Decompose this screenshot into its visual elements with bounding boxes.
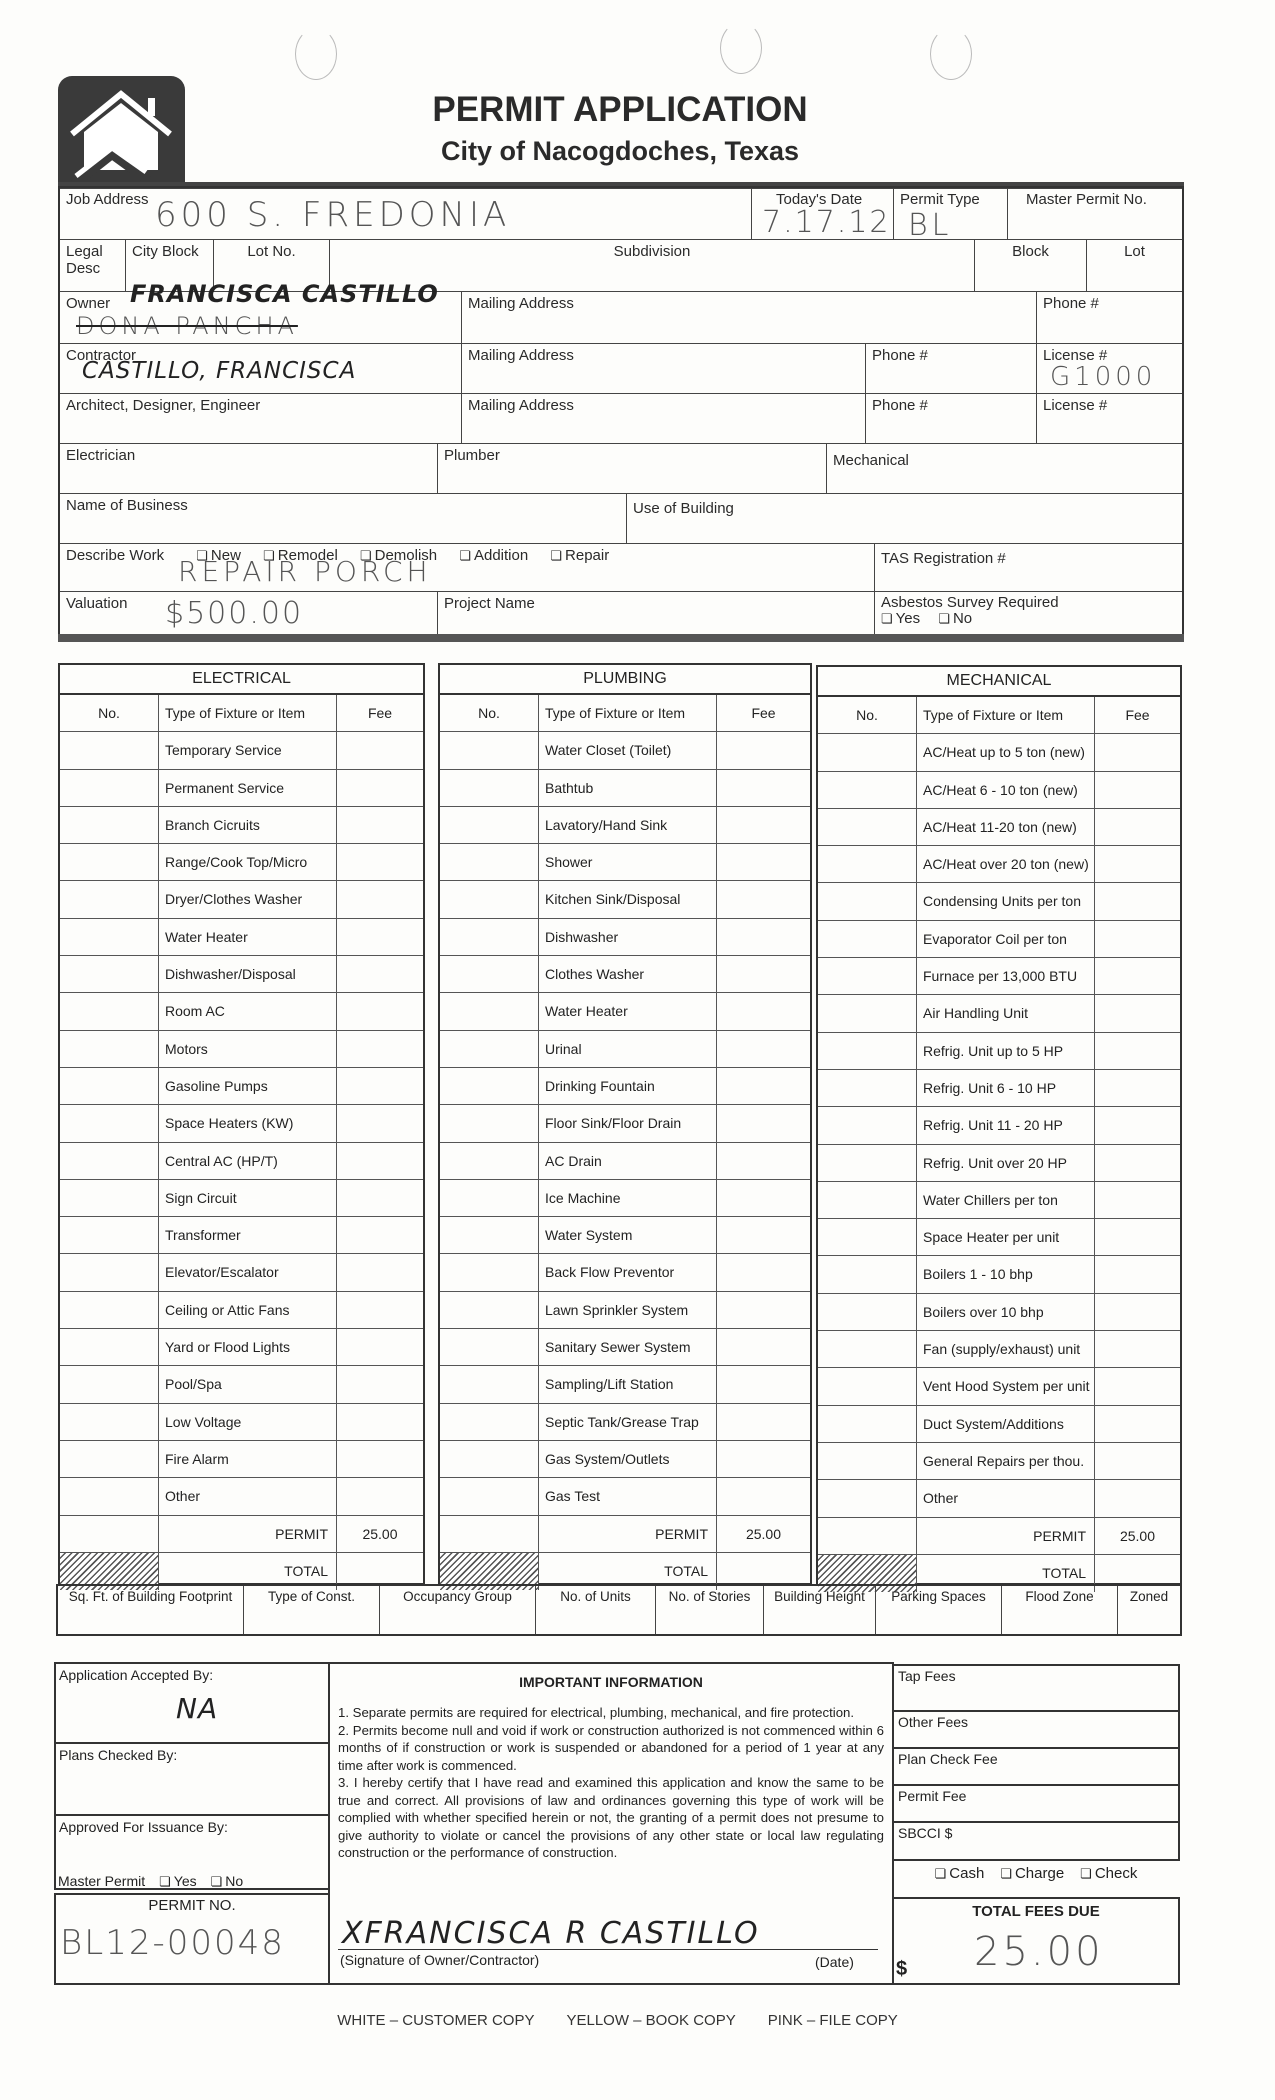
quantity-input[interactable] xyxy=(440,1441,539,1477)
fee-input[interactable] xyxy=(337,1441,423,1477)
permit-label: PERMIT xyxy=(539,1516,717,1552)
quantity-input[interactable] xyxy=(60,993,159,1029)
item-label: Gas System/Outlets xyxy=(539,1441,717,1477)
table-row: Ice Machine xyxy=(440,1180,810,1217)
architect-label: Architect, Designer, Engineer xyxy=(66,397,260,414)
table-row: Drinking Fountain xyxy=(440,1068,810,1105)
quantity-input[interactable] xyxy=(818,1182,917,1218)
table-row: Sanitary Sewer System xyxy=(440,1329,810,1366)
fee-input[interactable] xyxy=(1095,921,1180,957)
fee-input[interactable] xyxy=(337,1292,423,1328)
name-of-business-label: Name of Business xyxy=(66,497,188,514)
item-label: Shower xyxy=(539,844,717,880)
fee-input[interactable] xyxy=(717,881,810,917)
fee-input[interactable] xyxy=(717,956,810,992)
item-label: Furnace per 13,000 BTU xyxy=(917,958,1095,994)
permit-no-field: PERMIT NO. BL12-00048 xyxy=(54,1893,330,1985)
fee-input[interactable] xyxy=(1095,1219,1180,1255)
quantity-input[interactable] xyxy=(60,1329,159,1365)
job-address-value: 600 S. FREDONIA xyxy=(155,195,510,235)
item-label: Ice Machine xyxy=(539,1180,717,1216)
fee-input[interactable] xyxy=(717,1404,810,1440)
fee-field[interactable]: Tap Fees xyxy=(892,1664,1180,1712)
footer-white-copy: WHITE – CUSTOMER COPY xyxy=(337,2012,534,2029)
table-row: Furnace per 13,000 BTU xyxy=(818,958,1180,995)
item-label: Bathtub xyxy=(539,770,717,806)
fee-input[interactable] xyxy=(717,844,810,880)
table-row: Central AC (HP/T) xyxy=(60,1143,423,1180)
checkbox-repair[interactable]: Repair xyxy=(550,547,609,564)
valuation-label: Valuation xyxy=(66,595,127,612)
block-field[interactable]: Block xyxy=(975,240,1087,292)
quantity-input[interactable] xyxy=(440,1478,539,1514)
table-row: Water Closet (Toilet) xyxy=(440,732,810,769)
quantity-input[interactable] xyxy=(818,1331,917,1367)
building-info-field[interactable]: Building Height xyxy=(764,1586,876,1634)
owner-phone-field[interactable]: Phone # xyxy=(1037,292,1182,344)
table-row: Room AC xyxy=(60,993,423,1030)
plumbing-column-headers: No. Type of Fixture or Item Fee xyxy=(440,695,810,732)
table-row: Refrig. Unit 11 - 20 HP xyxy=(818,1107,1180,1144)
item-label: Elevator/Escalator xyxy=(159,1254,337,1290)
building-info-field[interactable]: Flood Zone xyxy=(1002,1586,1118,1634)
item-label: Refrig. Unit up to 5 HP xyxy=(917,1033,1095,1069)
column-type: Type of Fixture or Item xyxy=(917,697,1095,733)
quantity-input[interactable] xyxy=(440,956,539,992)
table-row: Fan (supply/exhaust) unit xyxy=(818,1331,1180,1368)
payment-check-checkbox[interactable]: Check xyxy=(1080,1865,1137,1882)
electrical-column-headers: No. Type of Fixture or Item Fee xyxy=(60,695,423,732)
quantity-input[interactable] xyxy=(818,1219,917,1255)
master-permit-label: Master Permit xyxy=(58,1873,145,1889)
fee-input[interactable] xyxy=(337,844,423,880)
quantity-input[interactable] xyxy=(440,919,539,955)
quantity-input[interactable] xyxy=(440,1143,539,1179)
table-row: Urinal xyxy=(440,1031,810,1068)
fee-input[interactable] xyxy=(717,732,810,768)
quantity-input[interactable] xyxy=(60,919,159,955)
fee-field[interactable]: Other Fees xyxy=(892,1712,1180,1749)
signature-line xyxy=(338,1949,878,1950)
fee-input[interactable] xyxy=(1095,1443,1180,1479)
fee-input[interactable] xyxy=(717,1105,810,1141)
plans-checked-by-field[interactable]: Plans Checked By: xyxy=(54,1742,330,1816)
quantity-input[interactable] xyxy=(818,921,917,957)
accepted-by-field[interactable]: Application Accepted By: NA xyxy=(54,1662,330,1744)
architect-mailing-field[interactable]: Mailing Address xyxy=(462,394,866,444)
fee-input[interactable] xyxy=(337,881,423,917)
quantity-input[interactable] xyxy=(440,1366,539,1402)
fee-input[interactable] xyxy=(717,1329,810,1365)
lot-field[interactable]: Lot xyxy=(1087,240,1182,292)
fee-field[interactable]: Permit Fee xyxy=(892,1786,1180,1823)
table-row: Boilers 1 - 10 bhp xyxy=(818,1256,1180,1293)
accepted-by-label: Application Accepted By: xyxy=(56,1664,328,1686)
item-label: Floor Sink/Floor Drain xyxy=(539,1105,717,1141)
item-label: General Repairs per thou. xyxy=(917,1443,1095,1479)
building-info-field[interactable]: Type of Const. xyxy=(244,1586,380,1634)
building-info-field[interactable]: No. of Units xyxy=(536,1586,656,1634)
plans-checked-by-label: Plans Checked By: xyxy=(56,1744,328,1766)
fee-input[interactable] xyxy=(337,1404,423,1440)
quantity-input[interactable] xyxy=(60,956,159,992)
item-label: Refrig. Unit 11 - 20 HP xyxy=(917,1107,1095,1143)
column-fee: Fee xyxy=(337,695,423,731)
fee-input[interactable] xyxy=(1095,734,1180,770)
fee-input[interactable] xyxy=(717,807,810,843)
column-no: No. xyxy=(440,695,539,731)
asbestos-no-checkbox[interactable]: No xyxy=(938,610,972,627)
table-row: Yard or Flood Lights xyxy=(60,1329,423,1366)
fee-input[interactable] xyxy=(337,1217,423,1253)
item-label: Water Chillers per ton xyxy=(917,1182,1095,1218)
fee-input[interactable] xyxy=(337,1180,423,1216)
quantity-input[interactable] xyxy=(818,1443,917,1479)
table-row: AC/Heat over 20 ton (new) xyxy=(818,846,1180,883)
fee-input[interactable] xyxy=(1095,1406,1180,1442)
quantity-input[interactable] xyxy=(440,770,539,806)
item-label: Gasoline Pumps xyxy=(159,1068,337,1104)
master-permit-yes-checkbox[interactable]: Yes xyxy=(159,1873,197,1890)
table-row: Sampling/Lift Station xyxy=(440,1366,810,1403)
fee-input[interactable] xyxy=(337,1478,423,1514)
fee-field[interactable]: Plan Check Fee xyxy=(892,1749,1180,1786)
fee-input[interactable] xyxy=(717,1254,810,1290)
fee-input[interactable] xyxy=(337,807,423,843)
architect-license-field[interactable]: License # xyxy=(1037,394,1182,444)
quantity-input[interactable] xyxy=(60,1404,159,1440)
quantity-input[interactable] xyxy=(440,993,539,1029)
owner-mailing-field[interactable]: Mailing Address xyxy=(462,292,1037,344)
accepted-by-initials: NA xyxy=(176,1692,218,1725)
quantity-input[interactable] xyxy=(60,881,159,917)
contractor-phone-field[interactable]: Phone # xyxy=(866,344,1037,394)
owner-label: Owner xyxy=(66,295,110,312)
building-info-field[interactable]: Sq. Ft. of Building Footprint xyxy=(58,1586,244,1634)
permit-no-value: BL12-00048 xyxy=(60,1923,285,1963)
table-row: Space Heaters (KW) xyxy=(60,1105,423,1142)
quantity-input[interactable] xyxy=(818,1368,917,1404)
table-row: Elevator/Escalator xyxy=(60,1254,423,1291)
quantity-input[interactable] xyxy=(440,1105,539,1141)
project-name-field[interactable]: Project Name xyxy=(438,592,875,636)
quantity-input[interactable] xyxy=(440,1329,539,1365)
fee-input[interactable] xyxy=(337,1031,423,1067)
item-label: Air Handling Unit xyxy=(917,995,1095,1031)
fee-input[interactable] xyxy=(1095,846,1180,882)
quantity-input[interactable] xyxy=(440,1254,539,1290)
quantity-input[interactable] xyxy=(818,958,917,994)
payment-cash-checkbox[interactable]: Cash xyxy=(935,1865,985,1882)
quantity-input[interactable] xyxy=(440,807,539,843)
quantity-input[interactable] xyxy=(60,1143,159,1179)
table-row: Boilers over 10 bhp xyxy=(818,1294,1180,1331)
fee-input[interactable] xyxy=(717,1441,810,1477)
contractor-mailing-field[interactable]: Mailing Address xyxy=(462,344,866,394)
asbestos-yes-checkbox[interactable]: Yes xyxy=(881,610,920,627)
quantity-input[interactable] xyxy=(818,995,917,1031)
table-row: Clothes Washer xyxy=(440,956,810,993)
quantity-input[interactable] xyxy=(60,770,159,806)
quantity-input[interactable] xyxy=(440,1180,539,1216)
permit-type-value: BL xyxy=(908,208,952,243)
quantity-input[interactable] xyxy=(60,1292,159,1328)
quantity-input[interactable] xyxy=(60,1031,159,1067)
item-label: Refrig. Unit 6 - 10 HP xyxy=(917,1070,1095,1106)
use-of-building-field[interactable]: Use of Building xyxy=(627,494,1182,544)
table-row: Bathtub xyxy=(440,770,810,807)
quantity-input[interactable] xyxy=(440,732,539,768)
architect-license-label: License # xyxy=(1043,397,1107,414)
fee-input[interactable] xyxy=(1095,1256,1180,1292)
quantity-input[interactable] xyxy=(60,1068,159,1104)
quantity-input[interactable] xyxy=(818,1256,917,1292)
tas-registration-label: TAS Registration # xyxy=(881,550,1006,567)
total-fees-label: TOTAL FEES DUE xyxy=(894,1899,1178,1920)
fee-input[interactable] xyxy=(717,1068,810,1104)
table-row: Other xyxy=(818,1480,1180,1517)
empty-cell xyxy=(60,1516,159,1552)
permit-fee-value: 25.00 xyxy=(1095,1518,1180,1554)
table-row: Sign Circuit xyxy=(60,1180,423,1217)
item-label: Water System xyxy=(539,1217,717,1253)
item-label: Low Voltage xyxy=(159,1404,337,1440)
table-row: Dishwasher/Disposal xyxy=(60,956,423,993)
table-row: Dishwasher xyxy=(440,919,810,956)
fee-field[interactable]: SBCCI $ xyxy=(892,1823,1180,1861)
table-row: Septic Tank/Grease Trap xyxy=(440,1404,810,1441)
item-label: Drinking Fountain xyxy=(539,1068,717,1104)
page-subtitle: City of Nacogdoches, Texas xyxy=(300,136,940,167)
item-label: Central AC (HP/T) xyxy=(159,1143,337,1179)
item-label: Sampling/Lift Station xyxy=(539,1366,717,1402)
quantity-input[interactable] xyxy=(60,1217,159,1253)
table-row: Back Flow Preventor xyxy=(440,1254,810,1291)
fee-input[interactable] xyxy=(1095,1331,1180,1367)
todays-date-value: 7.17.12 xyxy=(762,205,891,240)
quantity-input[interactable] xyxy=(818,883,917,919)
item-label: Clothes Washer xyxy=(539,956,717,992)
item-label: Sanitary Sewer System xyxy=(539,1329,717,1365)
quantity-input[interactable] xyxy=(440,1217,539,1253)
copy-distribution-footer: WHITE – CUSTOMER COPY YELLOW – BOOK COPY… xyxy=(0,2012,1275,2029)
payment-options: Cash Charge Check xyxy=(892,1865,1180,1882)
table-row: Other xyxy=(60,1478,423,1515)
permit-label: PERMIT xyxy=(917,1518,1095,1554)
important-information: IMPORTANT INFORMATION 1. Separate permit… xyxy=(328,1662,894,1985)
fee-input[interactable] xyxy=(1095,1294,1180,1330)
footer-yellow-copy: YELLOW – BOOK COPY xyxy=(566,2012,735,2029)
name-of-business-field[interactable]: Name of Business xyxy=(60,494,627,544)
fee-input[interactable] xyxy=(337,1143,423,1179)
fee-input[interactable] xyxy=(1095,1182,1180,1218)
fee-input[interactable] xyxy=(337,770,423,806)
item-label: Space Heater per unit xyxy=(917,1219,1095,1255)
quantity-input[interactable] xyxy=(60,732,159,768)
item-label: Pool/Spa xyxy=(159,1366,337,1402)
quantity-input[interactable] xyxy=(60,1180,159,1216)
quantity-input[interactable] xyxy=(60,1441,159,1477)
quantity-input[interactable] xyxy=(818,772,917,808)
divider xyxy=(58,634,1184,642)
footer-pink-copy: PINK – FILE COPY xyxy=(768,2012,898,2029)
table-row: Range/Cook Top/Micro xyxy=(60,844,423,881)
permit-label: PERMIT xyxy=(159,1516,337,1552)
item-label: AC Drain xyxy=(539,1143,717,1179)
item-label: AC/Heat up to 5 ton (new) xyxy=(917,734,1095,770)
fee-input[interactable] xyxy=(717,1217,810,1253)
item-label: Sign Circuit xyxy=(159,1180,337,1216)
currency-symbol: $ xyxy=(896,1958,907,1981)
quantity-input[interactable] xyxy=(60,1105,159,1141)
permit-no-label: PERMIT NO. xyxy=(56,1895,328,1914)
architect-field[interactable]: Architect, Designer, Engineer xyxy=(60,394,462,444)
fee-input[interactable] xyxy=(337,1105,423,1141)
fee-input[interactable] xyxy=(1095,1480,1180,1516)
table-row: Pool/Spa xyxy=(60,1366,423,1403)
fee-input[interactable] xyxy=(337,919,423,955)
tas-registration-field[interactable]: TAS Registration # xyxy=(875,544,1182,592)
plumber-label: Plumber xyxy=(444,447,500,464)
quantity-input[interactable] xyxy=(440,1031,539,1067)
quantity-input[interactable] xyxy=(60,1366,159,1402)
checkbox-addition[interactable]: Addition xyxy=(459,547,528,564)
item-label: Dryer/Clothes Washer xyxy=(159,881,337,917)
item-label: Dishwasher/Disposal xyxy=(159,956,337,992)
item-label: Urinal xyxy=(539,1031,717,1067)
quantity-input[interactable] xyxy=(60,844,159,880)
building-info-field[interactable]: No. of Stories xyxy=(656,1586,764,1634)
owner-struck-value: DONA PANCHA xyxy=(76,312,298,340)
asbestos-field: Asbestos Survey Required Yes No xyxy=(875,592,1182,636)
fee-input[interactable] xyxy=(337,1329,423,1365)
item-label: Kitchen Sink/Disposal xyxy=(539,881,717,917)
building-info-field[interactable]: Parking Spaces xyxy=(876,1586,1002,1634)
important-item: 2. Permits become null and void if work … xyxy=(338,1722,884,1775)
date-label: (Date) xyxy=(815,1954,854,1970)
fee-input[interactable] xyxy=(1095,995,1180,1031)
legal-desc-label-cell: Legal Desc xyxy=(60,240,126,292)
electrician-field[interactable]: Electrician xyxy=(60,444,438,494)
fee-input[interactable] xyxy=(337,956,423,992)
item-label: Condensing Units per ton xyxy=(917,883,1095,919)
empty-cell xyxy=(440,1516,539,1552)
page-title: PERMIT APPLICATION xyxy=(300,90,940,130)
table-row: Transformer xyxy=(60,1217,423,1254)
quantity-input[interactable] xyxy=(440,1404,539,1440)
quantity-input[interactable] xyxy=(818,1406,917,1442)
fee-input[interactable] xyxy=(337,732,423,768)
fee-input[interactable] xyxy=(717,1031,810,1067)
quantity-input[interactable] xyxy=(818,734,917,770)
fee-input[interactable] xyxy=(1095,809,1180,845)
contractor-phone-label: Phone # xyxy=(872,347,928,364)
mechanical-column-headers: No. Type of Fixture or Item Fee xyxy=(818,697,1180,734)
quantity-input[interactable] xyxy=(60,1478,159,1514)
fee-input[interactable] xyxy=(1095,1107,1180,1143)
fee-input[interactable] xyxy=(337,1068,423,1104)
contractor-value: CASTILLO, FRANCISCA xyxy=(82,358,356,384)
quantity-input[interactable] xyxy=(818,1107,917,1143)
plumber-field[interactable]: Plumber xyxy=(438,444,827,494)
fee-input[interactable] xyxy=(1095,1070,1180,1106)
fee-input[interactable] xyxy=(717,1292,810,1328)
quantity-input[interactable] xyxy=(60,1254,159,1290)
architect-phone-field[interactable]: Phone # xyxy=(866,394,1037,444)
table-row: Fire Alarm xyxy=(60,1441,423,1478)
table-row: Vent Hood System per unit xyxy=(818,1368,1180,1405)
fee-input[interactable] xyxy=(717,1180,810,1216)
fee-input[interactable] xyxy=(717,1478,810,1514)
quantity-input[interactable] xyxy=(818,1480,917,1516)
item-label: Boilers over 10 bhp xyxy=(917,1294,1095,1330)
quantity-input[interactable] xyxy=(818,1033,917,1069)
fee-input[interactable] xyxy=(337,1366,423,1402)
quantity-input[interactable] xyxy=(818,1070,917,1106)
building-info-field[interactable]: Zoned xyxy=(1118,1586,1180,1634)
item-label: Room AC xyxy=(159,993,337,1029)
quantity-input[interactable] xyxy=(818,809,917,845)
permit-fee-value: 25.00 xyxy=(717,1516,810,1552)
table-row: Lawn Sprinkler System xyxy=(440,1292,810,1329)
table-row: AC/Heat 11-20 ton (new) xyxy=(818,809,1180,846)
fee-input[interactable] xyxy=(337,1254,423,1290)
fee-input[interactable] xyxy=(717,993,810,1029)
total-fees-value: 25.00 xyxy=(974,1929,1104,1975)
punch-hole xyxy=(295,28,337,80)
fee-input[interactable] xyxy=(1095,883,1180,919)
signature-label: (Signature of Owner/Contractor) xyxy=(340,1952,539,1968)
fee-input[interactable] xyxy=(1095,1145,1180,1181)
item-label: Transformer xyxy=(159,1217,337,1253)
electrician-label: Electrician xyxy=(66,447,135,464)
quantity-input[interactable] xyxy=(440,1068,539,1104)
approved-by-label: Approved For Issuance By: xyxy=(56,1816,328,1838)
table-row: Air Handling Unit xyxy=(818,995,1180,1032)
building-info-field[interactable]: Occupancy Group xyxy=(380,1586,536,1634)
item-label: Range/Cook Top/Micro xyxy=(159,844,337,880)
master-permit-no-checkbox[interactable]: No xyxy=(211,1873,244,1890)
quantity-input[interactable] xyxy=(818,1145,917,1181)
fee-input[interactable] xyxy=(337,993,423,1029)
table-row: Branch Cicruits xyxy=(60,807,423,844)
quantity-input[interactable] xyxy=(60,807,159,843)
quantity-input[interactable] xyxy=(818,846,917,882)
fee-input[interactable] xyxy=(717,919,810,955)
house-logo xyxy=(58,76,185,188)
quantity-input[interactable] xyxy=(818,1294,917,1330)
mechanical-table: MECHANICAL No. Type of Fixture or Item F… xyxy=(816,665,1182,1585)
fee-input[interactable] xyxy=(1095,958,1180,994)
payment-charge-checkbox[interactable]: Charge xyxy=(1000,1865,1064,1882)
quantity-input[interactable] xyxy=(440,844,539,880)
fee-input[interactable] xyxy=(1095,772,1180,808)
quantity-input[interactable] xyxy=(440,1292,539,1328)
quantity-input[interactable] xyxy=(440,881,539,917)
fee-input[interactable] xyxy=(717,1366,810,1402)
item-label: Water Heater xyxy=(539,993,717,1029)
mechanical-field[interactable]: Mechanical xyxy=(827,444,1182,494)
fee-input[interactable] xyxy=(1095,1368,1180,1404)
master-permit-no-field[interactable]: Master Permit No. xyxy=(1008,188,1182,240)
fee-input[interactable] xyxy=(1095,1033,1180,1069)
fee-input[interactable] xyxy=(717,770,810,806)
table-row: General Repairs per thou. xyxy=(818,1443,1180,1480)
fee-input[interactable] xyxy=(717,1143,810,1179)
table-row: Water Heater xyxy=(440,993,810,1030)
item-label: Refrig. Unit over 20 HP xyxy=(917,1145,1095,1181)
mechanical-label: Mechanical xyxy=(833,452,909,469)
